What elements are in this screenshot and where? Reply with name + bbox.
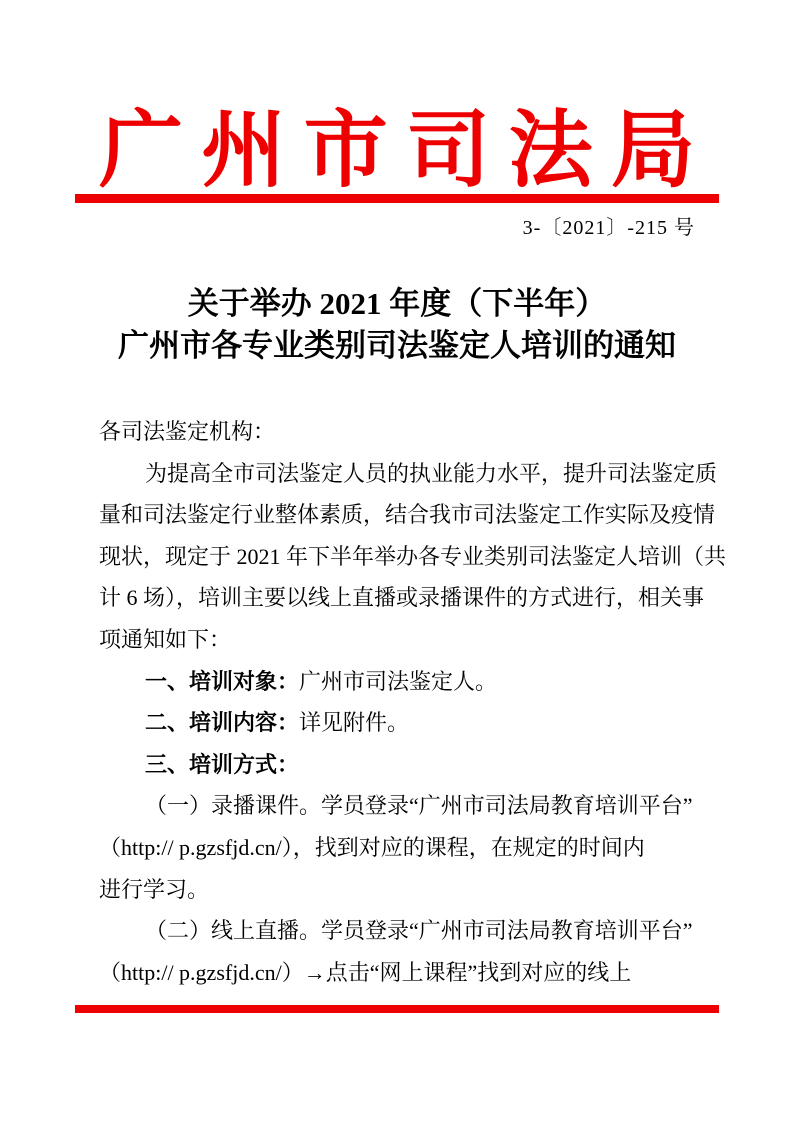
body-line-text: （http:// p.gzsfjd.cn/）→点击“网上课程”找到对应的线上 xyxy=(99,960,631,985)
body-line-heading: 二、培训内容： xyxy=(145,710,299,735)
body-line: （http:// p.gzsfjd.cn/），找到对应的课程，在规定的时间内 xyxy=(99,827,721,869)
body-line: 项通知如下： xyxy=(99,619,721,661)
agency-char: 州 xyxy=(201,108,285,192)
body-line: 二、培训内容：详见附件。 xyxy=(99,702,721,744)
doc-number: 3-〔2021〕-215 号 xyxy=(75,211,719,240)
body-line: （http:// p.gzsfjd.cn/）→点击“网上课程”找到对应的线上 xyxy=(99,952,721,994)
body-line-text: （http:// p.gzsfjd.cn/），找到对应的课程，在规定的时间内 xyxy=(99,835,645,860)
body-line-text: （二）线上直播。学员登录“广州市司法局教育培训平台” xyxy=(145,918,693,943)
agency-char: 法 xyxy=(509,108,593,192)
body-line-text: 广州市司法鉴定人。 xyxy=(299,669,497,694)
agency-char: 局 xyxy=(611,108,695,192)
body-line: （一）录播课件。学员登录“广州市司法局教育培训平台” xyxy=(99,785,721,827)
body-line-text: （一）录播课件。学员登录“广州市司法局教育培训平台” xyxy=(145,793,693,818)
body-line: 三、培训方式： xyxy=(99,744,721,786)
body-line: 量和司法鉴定行业整体素质，结合我市司法鉴定工作实际及疫情 xyxy=(99,494,721,536)
body-line-text: 各司法鉴定机构： xyxy=(99,419,275,444)
body-line-heading: 一、培训对象： xyxy=(145,669,299,694)
body-line-heading: 三、培训方式： xyxy=(145,752,299,777)
body-line-text: 计 6 场），培训主要以线上直播或录播课件的方式进行，相关事 xyxy=(99,585,704,610)
notice-title: 关于举办 2021 年度（下半年） 广州市各专业类别司法鉴定人培训的通知 xyxy=(75,283,719,367)
agency-char: 广 xyxy=(99,108,183,192)
body-line: 计 6 场），培训主要以线上直播或录播课件的方式进行，相关事 xyxy=(99,577,721,619)
body-line: 进行学习。 xyxy=(99,869,721,911)
body-line-text: 现状，现定于 2021 年下半年举办各专业类别司法鉴定人培训（共 xyxy=(99,544,726,569)
notice-title-line1: 关于举办 2021 年度（下半年） xyxy=(75,283,719,325)
footer-rule xyxy=(75,1005,719,1013)
body-line: 现状，现定于 2021 年下半年举办各专业类别司法鉴定人培训（共 xyxy=(99,536,721,578)
body-line-text: 详见附件。 xyxy=(299,710,409,735)
notice-title-line2: 广州市各专业类别司法鉴定人培训的通知 xyxy=(75,325,719,367)
body-line-text: 量和司法鉴定行业整体素质，结合我市司法鉴定工作实际及疫情 xyxy=(99,502,715,527)
body-line: 各司法鉴定机构： xyxy=(99,411,721,453)
agency-name: 广州市司法局 xyxy=(99,108,695,192)
body-line-text: 进行学习。 xyxy=(99,877,209,902)
document-page: 广州市司法局 3-〔2021〕-215 号 关于举办 2021 年度（下半年） … xyxy=(0,0,794,1123)
body-line-text: 项通知如下： xyxy=(99,627,231,652)
body-line: 为提高全市司法鉴定人员的执业能力水平，提升司法鉴定质 xyxy=(99,453,721,495)
document-body: 各司法鉴定机构：为提高全市司法鉴定人员的执业能力水平，提升司法鉴定质量和司法鉴定… xyxy=(99,411,721,993)
body-line: （二）线上直播。学员登录“广州市司法局教育培训平台” xyxy=(99,910,721,952)
body-line-text: 为提高全市司法鉴定人员的执业能力水平，提升司法鉴定质 xyxy=(145,461,717,486)
agency-char: 市 xyxy=(304,108,388,192)
agency-char: 司 xyxy=(406,108,490,192)
header-rule xyxy=(75,194,719,203)
body-line: 一、培训对象：广州市司法鉴定人。 xyxy=(99,661,721,703)
